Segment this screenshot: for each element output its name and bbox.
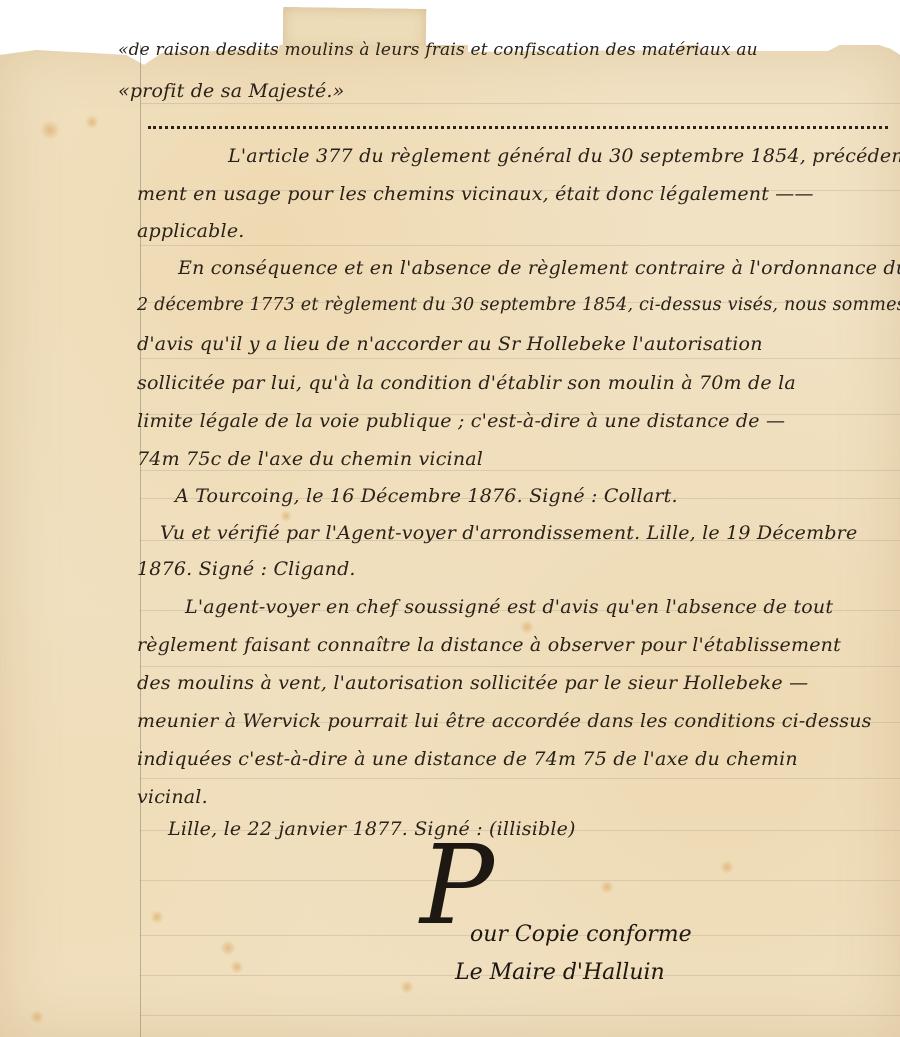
- foxing-stain: [220, 940, 236, 956]
- text-line: L'agent-voyer en chef soussigné est d'av…: [185, 596, 833, 618]
- text-line: sollicitée par lui, qu'à la condition d'…: [137, 372, 796, 394]
- text-line: ment en usage pour les chemins vicinaux,…: [137, 183, 814, 205]
- text-line: En conséquence et en l'absence de règlem…: [178, 257, 900, 279]
- text-line: applicable.: [137, 220, 245, 242]
- dotted-separator: [148, 126, 888, 133]
- text-line: 2 décembre 1773 et règlement du 30 septe…: [137, 295, 900, 315]
- text-line: limite légale de la voie publique ; c'es…: [137, 410, 785, 432]
- text-line: vicinal.: [137, 786, 208, 808]
- foxing-stain: [150, 910, 164, 924]
- foxing-stain: [40, 120, 60, 140]
- text-line: A Tourcoing, le 16 Décembre 1876. Signé …: [175, 485, 678, 507]
- foxing-stain: [30, 1010, 44, 1024]
- ruled-line: [140, 778, 900, 779]
- ruled-line: [140, 470, 900, 471]
- text-line: 1876. Signé : Cligand.: [137, 558, 356, 580]
- text-line: indiquées c'est-à-dire à une distance de…: [137, 748, 798, 770]
- foxing-stain: [230, 960, 244, 974]
- signature-copy-conforme: our Copie conforme: [470, 922, 692, 947]
- text-line: d'avis qu'il y a lieu de n'accorder au S…: [137, 333, 763, 355]
- ruled-line: [140, 245, 900, 246]
- text-line: L'article 377 du règlement général du 30…: [228, 145, 900, 167]
- text-line: des moulins à vent, l'autorisation solli…: [137, 672, 808, 694]
- text-line: meunier à Wervick pourrait lui être acco…: [137, 710, 872, 732]
- text-line: «de raison desdits moulins à leurs frais…: [118, 40, 758, 60]
- foxing-stain: [400, 980, 414, 994]
- foxing-stain: [720, 860, 734, 874]
- foxing-stain: [520, 620, 534, 634]
- text-line: «profit de sa Majesté.»: [118, 80, 344, 102]
- foxing-stain: [280, 510, 292, 522]
- ruled-line: [140, 358, 900, 359]
- ruled-line: [140, 103, 900, 104]
- text-line: Lille, le 22 janvier 1877. Signé : (illi…: [168, 818, 576, 840]
- ruled-line: [140, 880, 900, 881]
- foxing-stain: [85, 115, 99, 129]
- signature-maire-halluin: Le Maire d'Halluin: [455, 960, 665, 985]
- ruled-line: [140, 1015, 900, 1016]
- text-line: 74m 75c de l'axe du chemin vicinal: [137, 448, 483, 470]
- foxing-stain: [600, 880, 614, 894]
- text-line: règlement faisant connaître la distance …: [137, 634, 841, 656]
- ruled-line: [140, 666, 900, 667]
- text-line: Vu et vérifié par l'Agent-voyer d'arrond…: [160, 522, 857, 544]
